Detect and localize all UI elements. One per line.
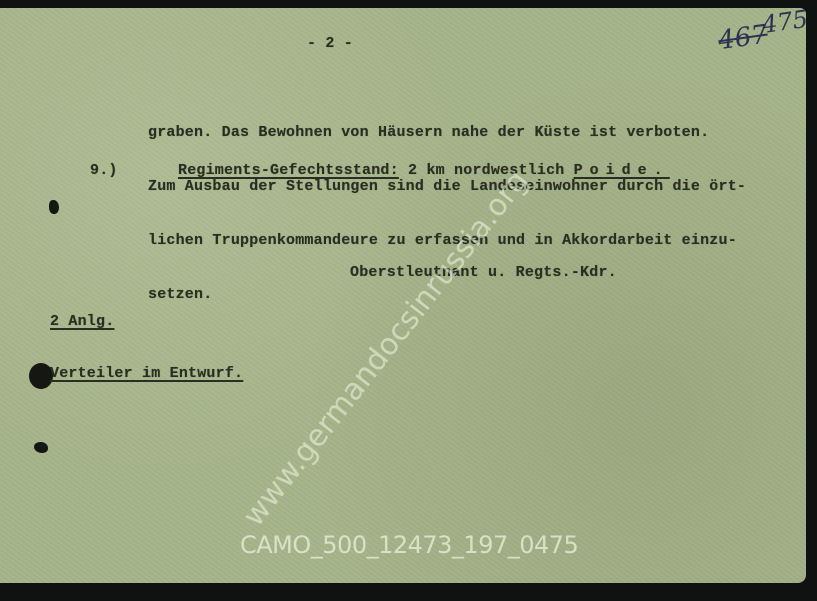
distribution-note: Verteiler im Entwurf. <box>50 365 243 383</box>
punch-hole <box>49 200 59 214</box>
item-9-text: Regiments-Gefechtsstand: 2 km nordwestli… <box>178 162 670 180</box>
attachments-note: 2 Anlg. <box>50 313 114 331</box>
item-number: 9.) <box>90 162 118 180</box>
folio-current: 475 <box>760 5 809 39</box>
paragraph-line: graben. Das Bewohnen von Häusern nahe de… <box>148 124 746 142</box>
place-name: Poide. <box>574 162 670 179</box>
item-label: Regiments-Gefechtsstand: <box>178 162 399 179</box>
signature-line: Oberstleutnant u. Regts.-Kdr. <box>350 264 617 282</box>
punch-hole <box>34 442 48 453</box>
page-number: - 2 - <box>307 35 353 53</box>
paragraph-line: Zum Ausbau der Stellungen sind die Lande… <box>148 178 746 196</box>
archive-id: CAMO_500_12473_197_0475 <box>240 531 578 559</box>
